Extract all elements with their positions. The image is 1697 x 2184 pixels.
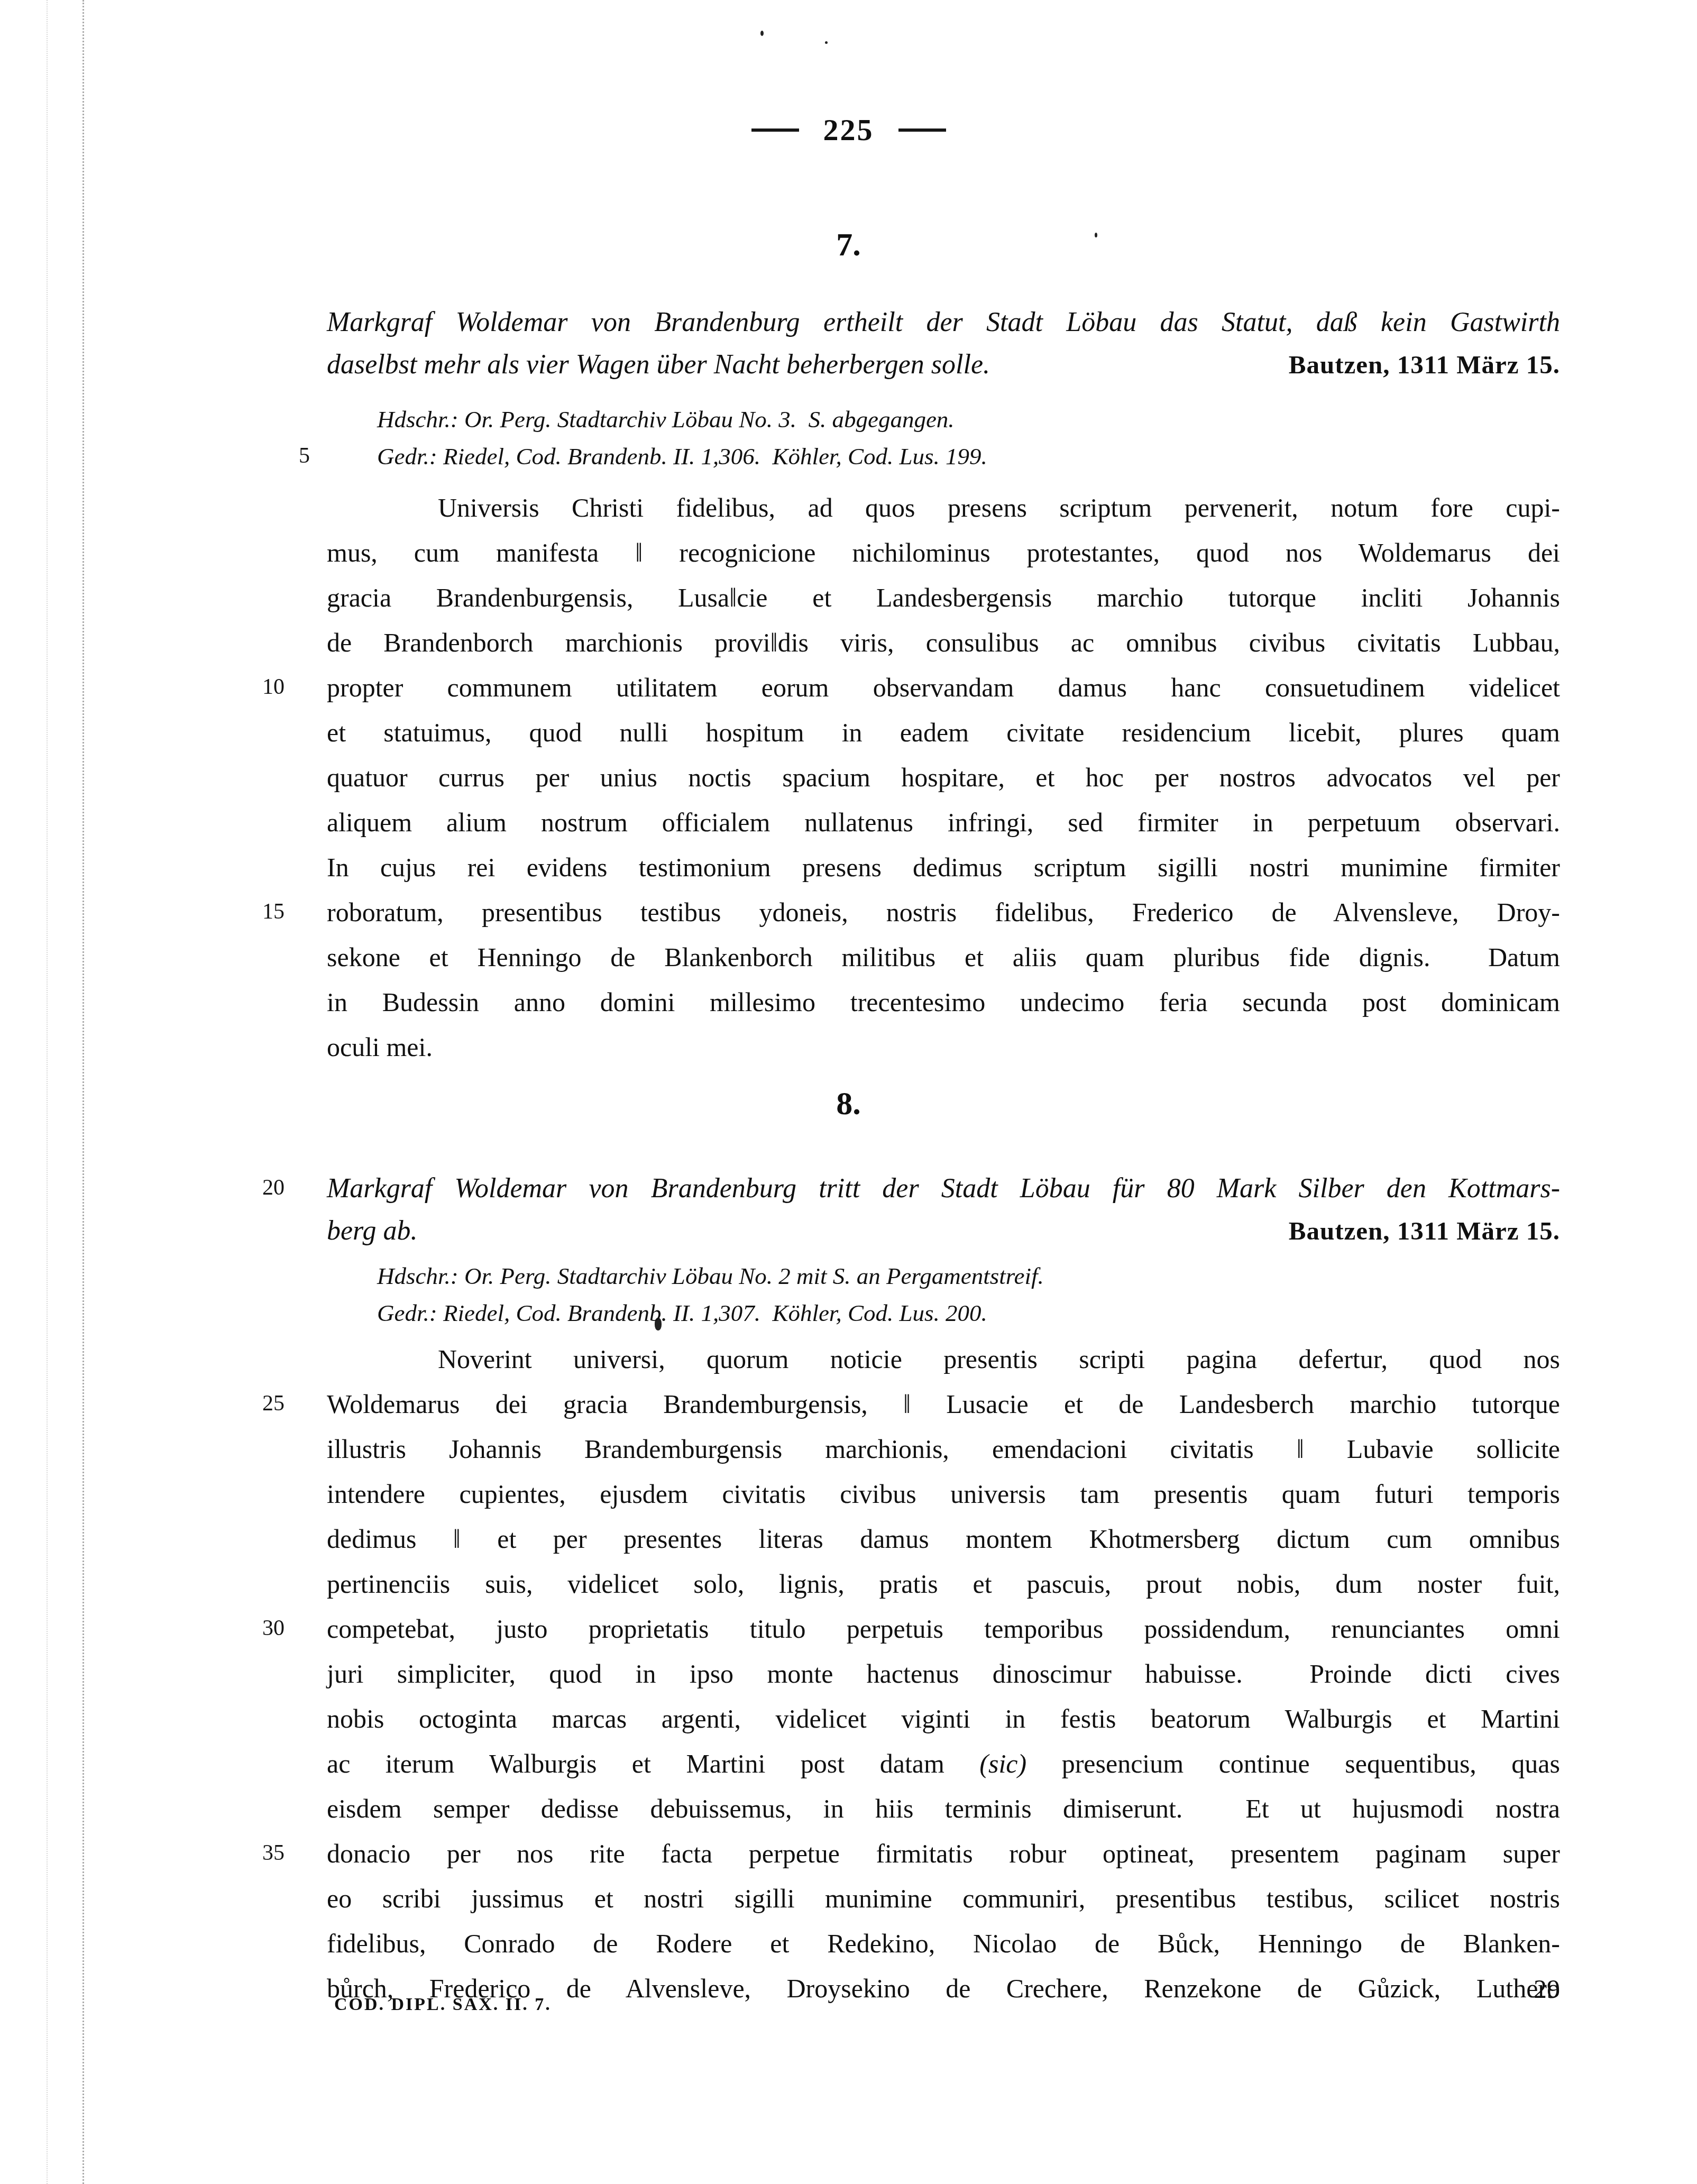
charter-text: ac iterum Walburgis et Martini post data… [327,1749,1560,1778]
charter-text-line: ac iterum Walburgis et Martini post data… [327,1741,1560,1786]
charter-text-line: 10propter communem utilitatem eorum obse… [327,665,1560,710]
charter-text-line: juri simpliciter, quod in ipso monte hac… [327,1651,1560,1696]
doc7-regest-line2: daselbst mehr als vier Wagen über Nacht … [327,344,1560,386]
doc8-regest-text1: Markgraf Woldemar von Brandenburg tritt … [327,1173,1560,1204]
scan-speck [825,41,828,44]
charter-text: juri simpliciter, quod in ipso monte hac… [327,1659,1560,1689]
margin-line-number: 10 [262,664,310,709]
doc8-regest-text2: berg ab. [327,1210,417,1252]
doc7-heading-number: 7. [0,226,1697,264]
charter-text-line: Universis Christi fidelibus, ad quos pre… [327,485,1560,530]
doc7-regest-line1: Markgraf Woldemar von Brandenburg erthei… [327,301,1560,344]
doc8-date: Bautzen, 1311 März 15. [1289,1210,1560,1252]
charter-text-line: de Brandenborch marchionis provi‖dis vir… [327,620,1560,665]
charter-text: eisdem semper dedisse debuissemus, in hi… [327,1794,1560,1823]
charter-text-line: mus, cum manifesta ‖ recognicione nichil… [327,530,1560,575]
charter-text: sekone et Henningo de Blankenborch milit… [327,942,1560,972]
charter-text-line: 30competebat, justo proprietatis titulo … [327,1607,1560,1651]
charter-text: aliquem alium nostrum officialem nullate… [327,807,1560,837]
charter-text: propter communem utilitatem eorum observ… [327,673,1560,702]
doc7-regest-text2: daselbst mehr als vier Wagen über Nacht … [327,344,990,386]
charter-text: Noverint universi, quorum noticie presen… [438,1344,1560,1374]
margin-line-number: 20 [262,1167,310,1209]
charter-text: In cujus rei evidens testimonium presens… [327,852,1560,882]
margin-line-number: 30 [262,1605,310,1650]
charter-text-line: in Budessin anno domini millesimo trecen… [327,980,1560,1025]
header-rule-right [898,129,946,132]
charter-text: Woldemarus dei gracia Brandemburgensis, … [327,1389,1560,1419]
doc7-sources: Hdschr.: Or. Perg. Stadtarchiv Löbau No.… [327,401,1560,475]
charter-text: pertinenciis suis, videlicet solo, ligni… [327,1569,1560,1599]
charter-text: dedimus ‖ et per presentes literas damus… [327,1524,1560,1554]
charter-text-line: oculi mei. [327,1025,1560,1070]
charter-text-line: intendere cupientes, ejusdem civitatis c… [327,1472,1560,1517]
margin-line-number: 5 [262,437,310,474]
charter-text: donacio per nos rite facta perpetue firm… [327,1839,1560,1868]
doc8-regest-line1: 20 Markgraf Woldemar von Brandenburg tri… [327,1168,1560,1210]
doc8-regest: 20 Markgraf Woldemar von Brandenburg tri… [327,1168,1560,1252]
doc7-source-gedr: 5 Gedr.: Riedel, Cod. Brandenb. II. 1,30… [327,438,1560,475]
charter-text-line: aliquem alium nostrum officialem nullate… [327,800,1560,845]
doc8-heading-number: 8. [0,1085,1697,1123]
charter-text-line: fidelibus, Conrado de Rodere et Redekino… [327,1921,1560,1966]
charter-text: roboratum, presentibus testibus ydoneis,… [327,897,1560,927]
charter-text: in Budessin anno domini millesimo trecen… [327,987,1560,1017]
charter-text-line: 15roboratum, presentibus testibus ydonei… [327,890,1560,935]
charter-text: quatuor currus per unius noctis spacium … [327,763,1560,792]
charter-text: de Brandenborch marchionis provi‖dis vir… [327,628,1560,657]
charter-text-line: illustris Johannis Brandemburgensis marc… [327,1427,1560,1472]
charter-text-line: pertinenciis suis, videlicet solo, ligni… [327,1562,1560,1607]
charter-text: intendere cupientes, ejusdem civitatis c… [327,1479,1560,1509]
charter-text: Universis Christi fidelibus, ad quos pre… [438,493,1560,522]
header-rule-left [751,129,799,132]
charter-text: mus, cum manifesta ‖ recognicione nichil… [327,538,1560,567]
doc8-source-gedr-text: Gedr.: Riedel, Cod. Brandenb. II. 1,307.… [377,1300,987,1326]
scan-speck [760,31,764,36]
charter-text: et statuimus, quod nulli hospitum in ead… [327,718,1560,747]
sheet-number: 29 [327,1974,1560,2004]
charter-text-line: eo scribi jussimus et nostri sigilli mun… [327,1876,1560,1921]
doc7-source-hdschr-text: Hdschr.: Or. Perg. Stadtarchiv Löbau No.… [377,406,955,433]
charter-text: eo scribi jussimus et nostri sigilli mun… [327,1884,1560,1913]
doc8-sources: Hdschr.: Or. Perg. Stadtarchiv Löbau No.… [327,1258,1560,1332]
doc8-body: Noverint universi, quorum noticie presen… [327,1337,1560,2011]
doc8-source-hdschr-text: Hdschr.: Or. Perg. Stadtarchiv Löbau No.… [377,1263,1044,1289]
charter-text-line: 35donacio per nos rite facta perpetue fi… [327,1831,1560,1876]
doc7-source-hdschr: Hdschr.: Or. Perg. Stadtarchiv Löbau No.… [327,401,1560,438]
page-number: 225 [823,112,874,148]
charter-text-line: eisdem semper dedisse debuissemus, in hi… [327,1786,1560,1831]
charter-text-line: Noverint universi, quorum noticie presen… [327,1337,1560,1382]
charter-text-line: nobis octoginta marcas argenti, videlice… [327,1696,1560,1741]
charter-text-line: et statuimus, quod nulli hospitum in ead… [327,710,1560,755]
doc7-regest-text1: Markgraf Woldemar von Brandenburg erthei… [327,307,1560,337]
charter-text: fidelibus, Conrado de Rodere et Redekino… [327,1929,1560,1958]
doc8-source-hdschr: Hdschr.: Or. Perg. Stadtarchiv Löbau No.… [327,1258,1560,1295]
charter-text: competebat, justo proprietatis titulo pe… [327,1614,1560,1644]
charter-text: illustris Johannis Brandemburgensis marc… [327,1434,1560,1464]
margin-line-number: 15 [262,889,310,934]
running-head: 225 [0,112,1697,148]
charter-text-line: In cujus rei evidens testimonium presens… [327,845,1560,890]
doc8-source-gedr: Gedr.: Riedel, Cod. Brandenb. II. 1,307.… [327,1295,1560,1332]
charter-text: nobis octoginta marcas argenti, videlice… [327,1704,1560,1733]
charter-text-line: 25Woldemarus dei gracia Brandemburgensis… [327,1382,1560,1427]
charter-text: gracia Brandenburgensis, Lusa‖cie et Lan… [327,583,1560,612]
doc7-source-gedr-text: Gedr.: Riedel, Cod. Brandenb. II. 1,306.… [377,443,987,470]
charter-text: oculi mei. [327,1032,433,1062]
charter-text-line: dedimus ‖ et per presentes literas damus… [327,1517,1560,1562]
scanned-book-page: 225 7. Markgraf Woldemar von Brandenburg… [0,0,1697,2184]
doc7-regest: Markgraf Woldemar von Brandenburg erthei… [327,301,1560,386]
charter-text-line: quatuor currus per unius noctis spacium … [327,755,1560,800]
doc7-date: Bautzen, 1311 März 15. [1289,344,1560,386]
margin-line-number: 35 [262,1830,310,1875]
charter-text-line: sekone et Henningo de Blankenborch milit… [327,935,1560,980]
doc7-body: Universis Christi fidelibus, ad quos pre… [327,485,1560,1070]
margin-line-number: 25 [262,1381,310,1426]
charter-text-line: gracia Brandenburgensis, Lusa‖cie et Lan… [327,575,1560,620]
doc8-regest-line2: berg ab. Bautzen, 1311 März 15. [327,1210,1560,1252]
